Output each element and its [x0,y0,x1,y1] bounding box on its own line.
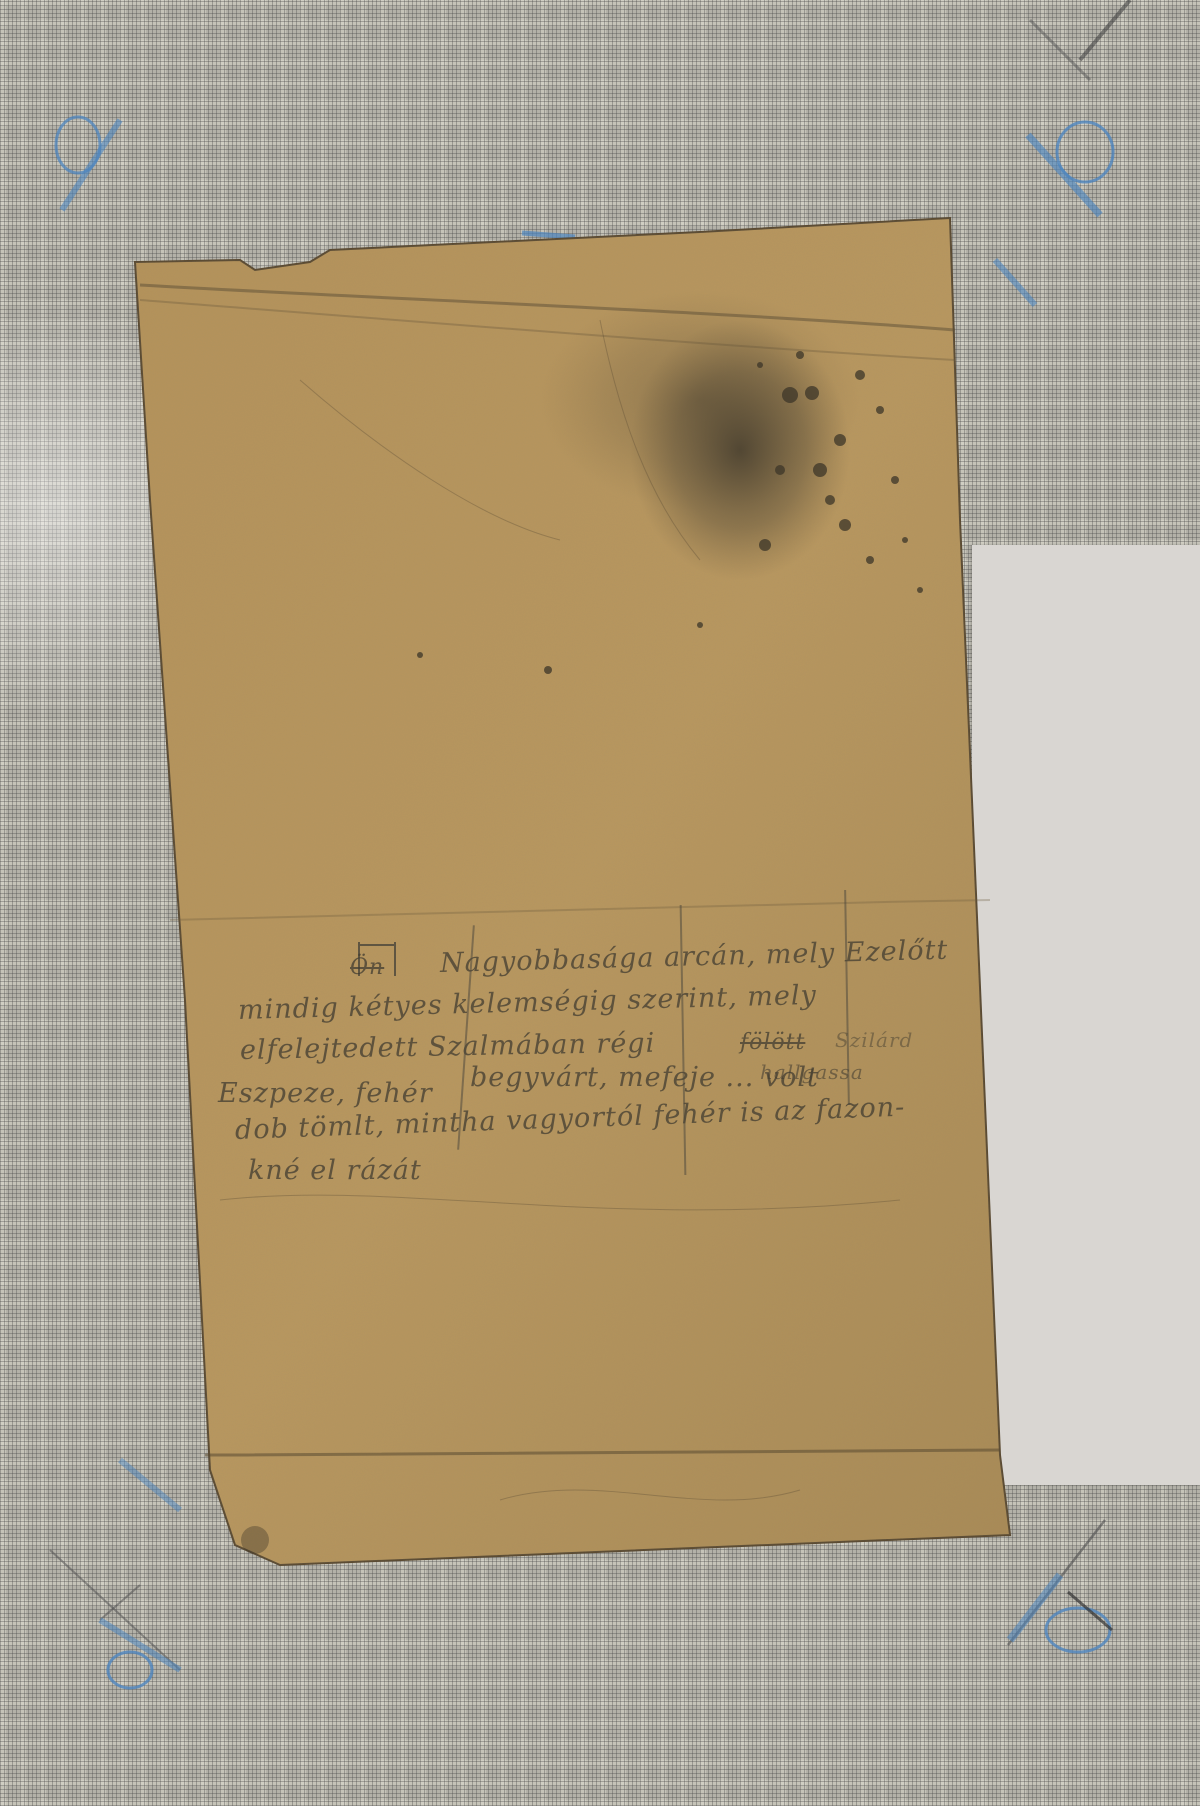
handwritten-line-4-middle: begyvárt, mefeje ... volt [470,1062,819,1093]
handwritten-line-4-start: Eszpeze, fehér [218,1078,433,1109]
struck-insertion: fölött [740,1030,805,1055]
struck-word: Ön [350,955,384,980]
handwritten-line-2: mindig kétyes kelemségig szerint, mely [238,980,818,1026]
handwritten-line-6: kné el rázát [248,1155,422,1186]
manuscript-sheet: Ön Nagyobbasága arcán, mely Ezelőtt mind… [0,0,1200,1806]
handwritten-text-block: Ön Nagyobbasága arcán, mely Ezelőtt mind… [0,0,1200,1806]
handwritten-line-1: Nagyobbasága arcán, mely Ezelőtt [440,935,949,979]
handwritten-line-3: elfelejtedett Szalmában régi [240,1028,656,1066]
